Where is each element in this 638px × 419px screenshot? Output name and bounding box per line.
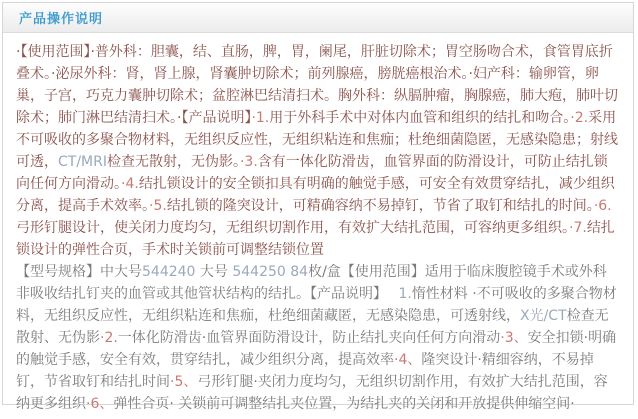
text-run: 1. bbox=[398, 286, 411, 302]
paragraph: 【型号规格】中大号544240 大号 544250 84枚/盒【使用范围】适用于… bbox=[16, 261, 620, 415]
text-run: 结扎锁的隆突设计，可精确容纳不易掉钉，节省了取钉和结扎的时间。 bbox=[167, 198, 594, 214]
text-run: 大号 bbox=[195, 264, 232, 280]
text-run: 一体化防滑齿·血管界面防滑设计，防止结扎夹向任何方向滑动 bbox=[118, 330, 500, 346]
text-run: 检查无散射，无伪影。 bbox=[107, 154, 240, 170]
text-run: ·5、 bbox=[170, 374, 197, 390]
text-run: ·1. bbox=[251, 110, 269, 126]
text-run: 544250 84 bbox=[232, 264, 308, 280]
product-panel: 产品操作说明 ·【使用范围】·普外科：胆囊，结、直肠，脾，胃，阑尾，肝脏切除术；… bbox=[2, 2, 634, 405]
paragraph: ·【使用范围】·普外科：胆囊，结、直肠，脾，胃，阑尾，肝脏切除术；胃空肠吻合术，… bbox=[16, 41, 620, 261]
text-run: ·7. bbox=[569, 220, 587, 236]
text-run: ·4、 bbox=[394, 352, 421, 368]
panel-header: 产品操作说明 bbox=[3, 3, 633, 33]
product-description: ·【使用范围】·普外科：胆囊，结、直肠，脾，胃，阑尾，肝脏切除术；胃空肠吻合术，… bbox=[3, 33, 633, 415]
text-run: 544240 bbox=[142, 264, 195, 280]
text-run: X光/CT bbox=[520, 308, 567, 324]
text-run: 弓形钉腿设计，使关闭力度均匀，无组织切割作用，有效扩大结扎范围，可容纳更多组织。 bbox=[16, 220, 569, 236]
text-run: ·2. bbox=[100, 330, 118, 346]
text-run: ·5. bbox=[149, 198, 167, 214]
text-run: ·6、 bbox=[86, 396, 113, 412]
text-run: ·3、 bbox=[500, 330, 527, 346]
text-run: ·4. bbox=[121, 176, 139, 192]
text-run: ·2. bbox=[570, 110, 588, 126]
text-run: CT/MRI bbox=[58, 154, 107, 170]
page-title: 产品操作说明 bbox=[19, 8, 103, 27]
text-run: 弹性合页· 关锁前可调整结扎夹位置，为结扎夹的关闭和开放提供伸缩空间· bbox=[113, 396, 574, 412]
text-run: 【型号规格】中大号 bbox=[16, 264, 142, 280]
text-run: ·3. bbox=[240, 154, 258, 170]
text-run: ·6. bbox=[594, 198, 612, 214]
text-run: 用于外科手术中对体内血管和组织的结扎和吻合。 bbox=[269, 110, 570, 126]
